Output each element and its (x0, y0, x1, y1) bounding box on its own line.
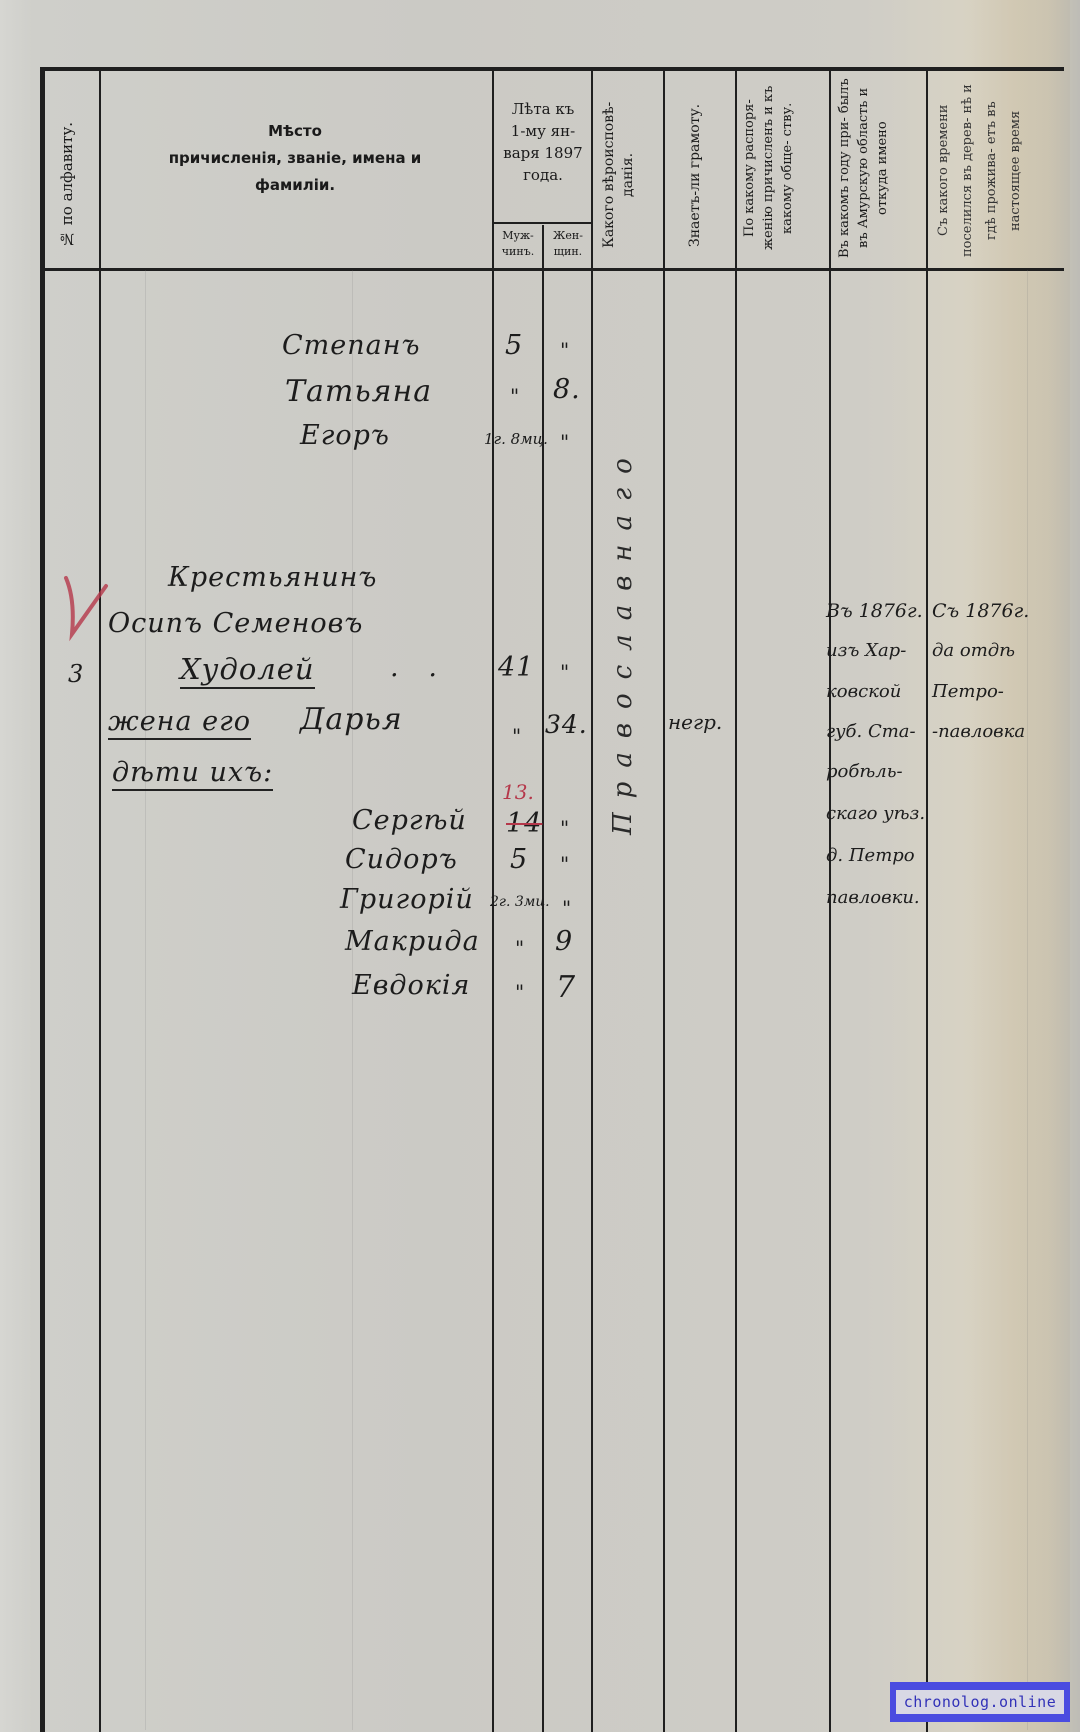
entry-literacy: негр. (668, 710, 722, 734)
entry-age-correction: 13. (502, 780, 534, 804)
arrival-line: губ. Ста- (826, 721, 936, 761)
entry-female-age: " (560, 660, 569, 684)
guide-line (145, 270, 146, 1730)
arrival-line: робѣль- (826, 761, 936, 803)
entry-male-age: 14 (506, 808, 542, 839)
col-line-6 (735, 70, 737, 1732)
entry-male-age: 5 (505, 330, 523, 361)
entry-label: дѣти ихъ: (112, 757, 273, 791)
entry-label: жена его (108, 706, 251, 740)
guide-line (1027, 270, 1028, 1730)
red-check-mark-icon (62, 572, 110, 642)
entry-female-age: 34. (545, 710, 588, 739)
entry-male-age: " (515, 936, 524, 960)
header-name-line1: Мѣсто (105, 118, 485, 145)
entry-female-age: 9 (555, 926, 573, 957)
header-assignment: По какому распоря- женію причисленъ и къ… (740, 78, 826, 258)
entry-male-age: 41 (498, 652, 534, 683)
col-line-4 (591, 70, 593, 1732)
entry-female-age: " (560, 430, 569, 454)
entry-male-age: 2г. 3мц. (490, 894, 550, 910)
entry-male-age: 1г. 8мц. (484, 430, 548, 448)
entry-male-age: 5 (510, 844, 528, 875)
entry-full-name: Осипъ Семеновъ (108, 608, 363, 639)
entry-female-age: " (560, 338, 569, 362)
header-age-col: Лѣта къ 1-му ян- варя 1897 года. (494, 98, 592, 186)
arrival-line: Въ 1876г. (826, 600, 936, 640)
entry-female-age: 8. (553, 374, 581, 405)
settled-line: Съ 1876г. (932, 600, 1062, 640)
watermark-badge: chronolog.online (890, 1682, 1070, 1722)
header-literacy: Знаетъ-ли грамоту. (686, 90, 712, 260)
entry-female-age: " (560, 852, 569, 876)
col-line-5 (663, 70, 665, 1732)
col-line-1 (99, 70, 101, 1732)
header-name-col: Мѣсто причисленія, званіе, имена и фамил… (105, 118, 485, 199)
entry-dots: . . (390, 652, 438, 683)
religion-vertical-text: Православнаго (608, 310, 644, 970)
header-age-line3: варя 1897 (494, 142, 592, 164)
entry-female-age: 7 (556, 970, 576, 1005)
entry-female-age: " (562, 896, 571, 920)
entry-name: Евдокія (352, 970, 470, 1001)
header-arrival: Въ какомъ году при- былъ въ Амурскую обл… (835, 78, 921, 258)
entry-surname: Худолей (180, 652, 315, 689)
entry-name: Макрида (345, 926, 480, 957)
header-female: Жен- щин. (545, 228, 591, 260)
arrival-text-block: Въ 1876г. изъ Хар- ковской губ. Ста- роб… (826, 600, 936, 927)
entry-name: Сидоръ (345, 844, 458, 875)
header-bottom-rule (40, 268, 1064, 271)
entry-name: Степанъ (282, 330, 421, 361)
entry-estate: Крестьянинъ (168, 562, 377, 593)
age-subheader-rule (492, 222, 592, 224)
entry-name: Сергѣй (352, 805, 467, 836)
settled-line: -павловка (932, 721, 1062, 761)
entry-name: Татьяна (285, 374, 432, 409)
document-page: № по алфавиту. Мѣсто причисленія, званіе… (0, 0, 1080, 1732)
entry-male-age: " (512, 724, 521, 748)
arrival-line: скаго уѣз. (826, 803, 936, 845)
entry-male-age: " (510, 384, 519, 408)
settled-text-block: Съ 1876г. да отдѣ Петро- -павловка (932, 600, 1062, 761)
entry-male-age: " (515, 980, 524, 1004)
header-age-line2: 1-му ян- (494, 120, 592, 142)
col-line-3 (542, 225, 544, 1732)
arrival-line: павловки. (826, 887, 936, 927)
arrival-line: д. Петро (826, 845, 936, 887)
entry-female-age: " (560, 816, 569, 840)
entry-name: Дарья (300, 702, 403, 737)
header-age-line1: Лѣта къ (494, 98, 592, 120)
table-top-border (40, 67, 1064, 71)
header-number: № по алфавиту. (58, 110, 84, 260)
header-male: Муж- чинъ. (495, 228, 541, 260)
table-left-border (40, 67, 45, 1732)
header-name-line3: фамиліи. (105, 172, 485, 199)
settled-line: да отдѣ (932, 640, 1062, 681)
header-religion: Какого вѣроисповѣ- данія. (600, 90, 654, 260)
header-settled: Съ какого времени поселился въ дерев- нѣ… (932, 78, 1050, 263)
header-age-line4: года. (494, 164, 592, 186)
entry-name: Григорій (340, 884, 474, 915)
header-name-line2: причисленія, званіе, имена и (105, 145, 485, 172)
entry-number: 3 (68, 660, 84, 688)
entry-name: Егоръ (300, 420, 390, 451)
watermark-text: chronolog.online (896, 1690, 1065, 1714)
arrival-line: изъ Хар- (826, 640, 936, 681)
settled-line: Петро- (932, 681, 1062, 721)
arrival-line: ковской (826, 681, 936, 721)
